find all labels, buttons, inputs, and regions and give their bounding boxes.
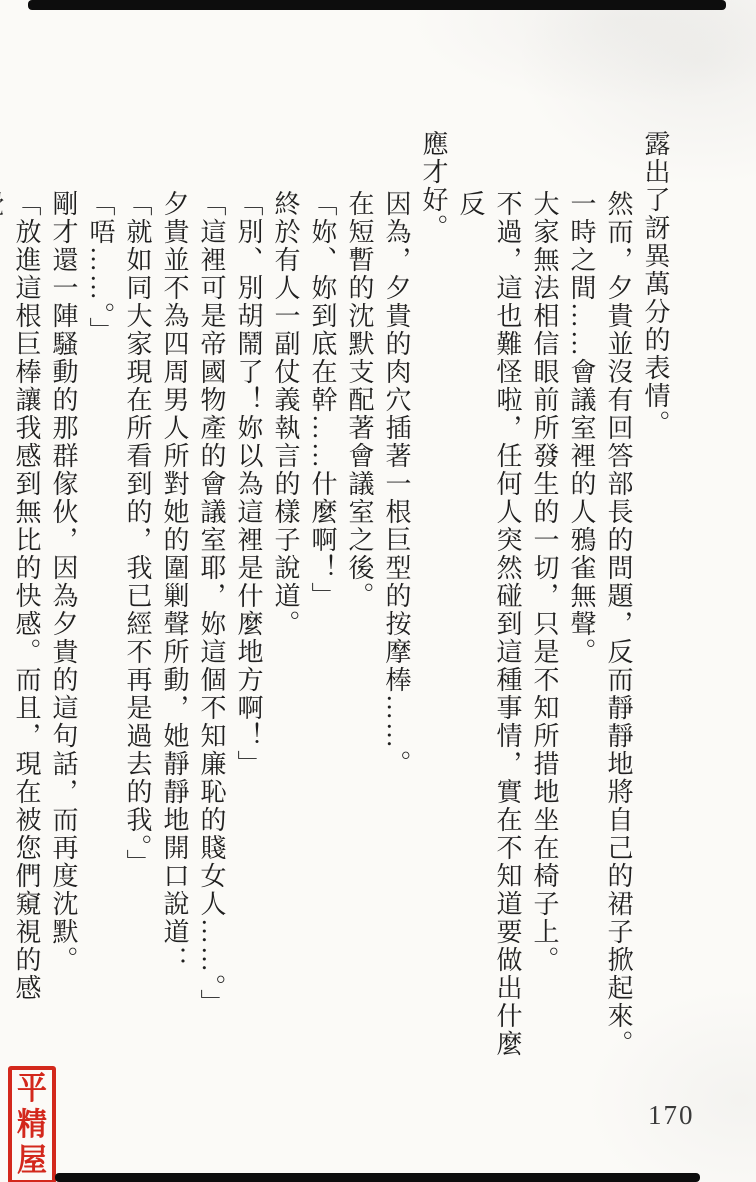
text-column: 「妳、妳到底在幹……什麼啊！」 xyxy=(304,130,341,1075)
text-column: 然而，夕貴並沒有回答部長的問題，反而靜靜地將自己的裙子掀起來。 xyxy=(600,130,637,1075)
text-column: 「就如同大家現在所看到的，我已經不再是過去的我。」 xyxy=(119,130,156,1075)
text-column: 露出了訝異萬分的表情。 xyxy=(637,130,674,1075)
text-column: 「唔……。」 xyxy=(82,130,119,1075)
scan-artifact-bottom-bar xyxy=(55,1173,700,1182)
text-column: 大家無法相信眼前所發生的一切，只是不知所措地坐在椅子上。 xyxy=(526,130,563,1075)
text-column: 「這裡可是帝國物產的會議室耶，妳這個不知廉恥的賤女人……。」 xyxy=(193,130,230,1075)
page-text-vertical: 露出了訝異萬分的表情。然而，夕貴並沒有回答部長的問題，反而靜靜地將自己的裙子掀起… xyxy=(0,130,674,1075)
seal-character: 精 xyxy=(17,1108,47,1142)
text-column: 不過，這也難怪啦，任何人突然碰到這種事情，實在不知道要做出什麼反 xyxy=(452,130,526,1075)
text-column: 剛才還一陣騷動的那群傢伙，因為夕貴的這句話，而再度沈默。 xyxy=(45,130,82,1075)
book-page: 露出了訝異萬分的表情。然而，夕貴並沒有回答部長的問題，反而靜靜地將自己的裙子掀起… xyxy=(0,0,756,1182)
text-column: 終於有人一副仗義執言的樣子說道。 xyxy=(267,130,304,1075)
seal-character: 平 xyxy=(17,1072,47,1106)
text-column: 因為，夕貴的肉穴插著一根巨型的按摩棒……。 xyxy=(378,130,415,1075)
text-column: 夕貴並不為四周男人所對她的圍剿聲所動，她靜靜地開口說道： xyxy=(156,130,193,1075)
text-column: 應才好。 xyxy=(415,130,452,1075)
publisher-seal-stamp: 平精屋 xyxy=(8,1066,56,1182)
text-column: 在短暫的沈默支配著會議室之後。 xyxy=(341,130,378,1075)
text-column: 「別、別胡鬧了！妳以為這裡是什麼地方啊！」 xyxy=(230,130,267,1075)
text-column: 「放進這根巨棒讓我感到無比的快感。而且，現在被您們窺視的感覺…… xyxy=(0,130,45,1075)
text-column: 一時之間……會議室裡的人鴉雀無聲。 xyxy=(563,130,600,1075)
page-number: 170 xyxy=(648,1100,695,1131)
seal-character: 屋 xyxy=(17,1144,47,1178)
scan-artifact-top-bar xyxy=(28,0,726,10)
